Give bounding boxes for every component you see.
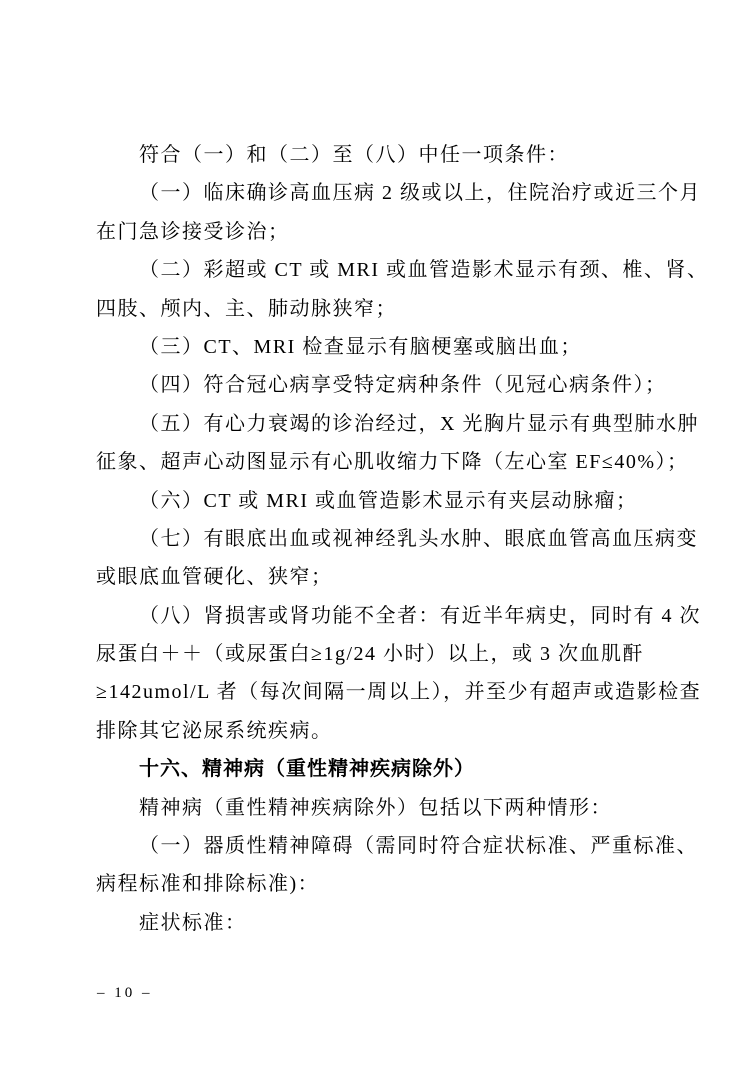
text-line: 症状标准： [96,904,671,942]
text-line: （六）CT 或 MRI 或血管造影术显示有夹层动脉瘤； [96,482,671,520]
text-line: （八）肾损害或肾功能不全者：有近半年病史，同时有 4 次 [96,597,671,635]
section-heading: 十六、精神病（重性精神疾病除外） [96,750,671,788]
text-line: 尿蛋白＋＋（或尿蛋白≥1g/24 小时）以上，或 3 次血肌酐 [96,635,671,673]
text-line: 病程标准和排除标准)： [96,865,671,903]
text-line: （七）有眼底出血或视神经乳头水肿、眼底血管高血压病变 [96,520,671,558]
text-line: （三）CT、MRI 检查显示有脑梗塞或脑出血； [96,328,671,366]
text-line: （五）有心力衰竭的诊治经过，X 光胸片显示有典型肺水肿 [96,405,671,443]
text-line: 或眼底血管硬化、狭窄； [96,558,671,596]
document-page: 符合（一）和（二）至（八）中任一项条件：（一）临床确诊高血压病 2 级或以上，住… [0,0,755,1071]
text-line: ≥142umol/L 者（每次间隔一周以上），并至少有超声或造影检查 [96,673,671,711]
text-line: 符合（一）和（二）至（八）中任一项条件： [96,136,671,174]
text-line: 征象、超声心动图显示有心肌收缩力下降（左心室 EF≤40%）； [96,443,671,481]
text-line: 排除其它泌尿系统疾病。 [96,712,671,750]
text-line: 在门急诊接受诊治； [96,213,671,251]
text-line: 四肢、颅内、主、肺动脉狭窄； [96,290,671,328]
document-body: 符合（一）和（二）至（八）中任一项条件：（一）临床确诊高血压病 2 级或以上，住… [96,136,671,942]
text-line: （一）临床确诊高血压病 2 级或以上，住院治疗或近三个月 [96,174,671,212]
page-number: – 10 – [97,983,153,1003]
text-line: 精神病（重性精神疾病除外）包括以下两种情形： [96,789,671,827]
text-line: （四）符合冠心病享受特定病种条件（见冠心病条件）； [96,366,671,404]
text-line: （二）彩超或 CT 或 MRI 或血管造影术显示有颈、椎、肾、 [96,251,671,289]
text-line: （一）器质性精神障碍（需同时符合症状标准、严重标准、 [96,827,671,865]
